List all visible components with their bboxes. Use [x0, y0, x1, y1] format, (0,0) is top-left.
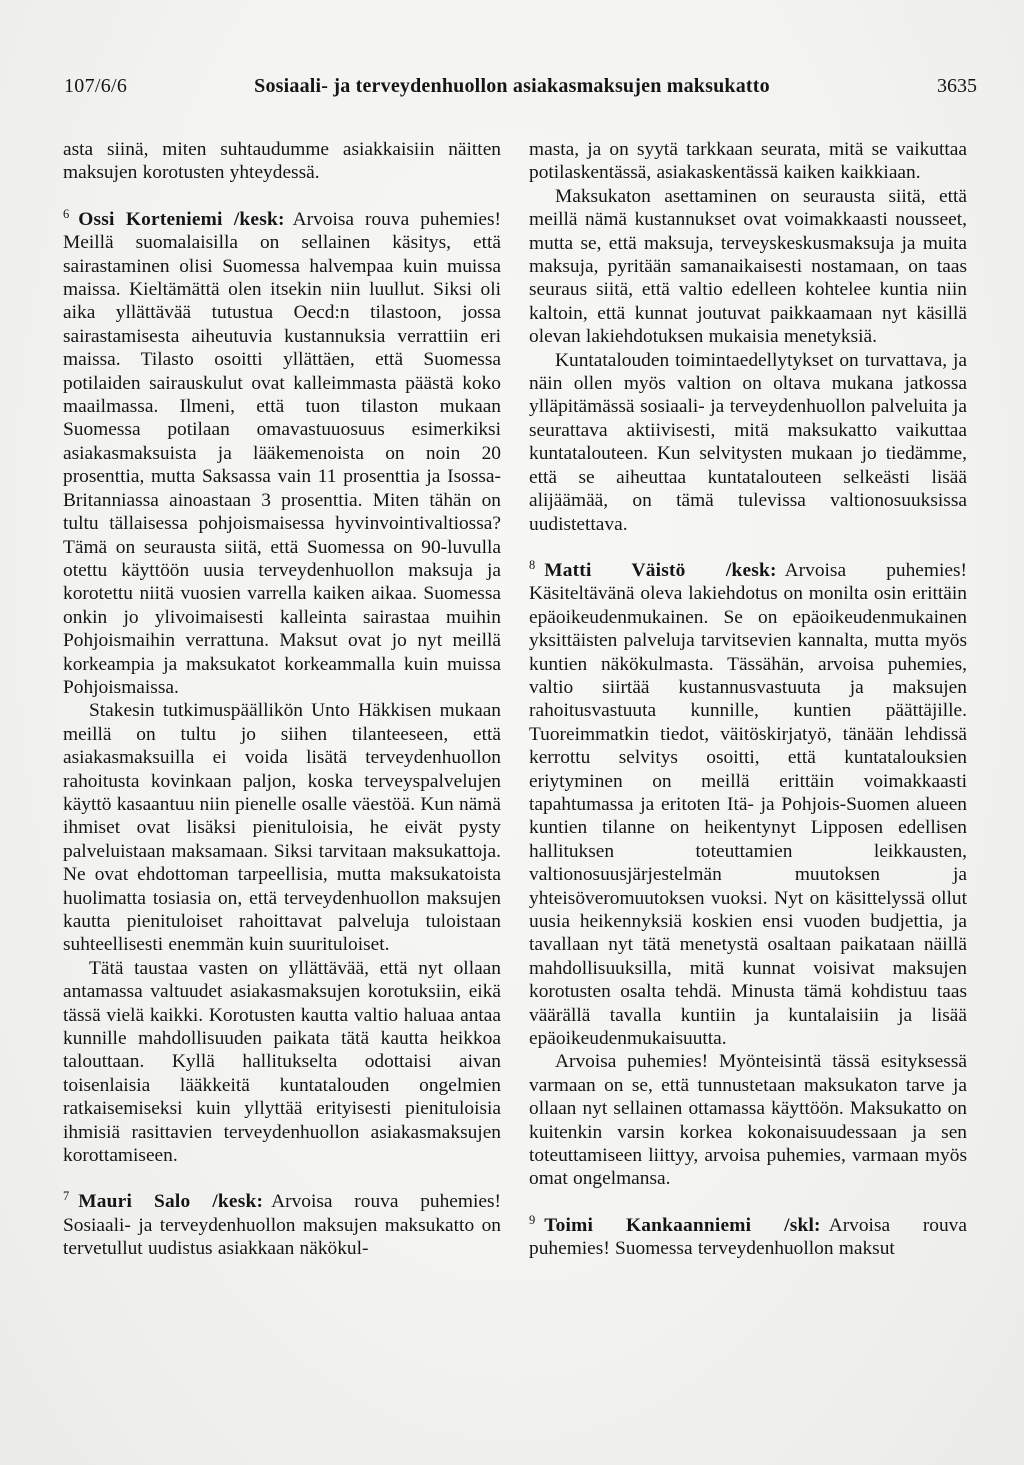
speech-paragraph: 7Mauri Salo /kesk:Arvoisa rouva puhemies… — [63, 1190, 501, 1260]
paragraph: asta siinä, miten suhtaudumme asiakkaisi… — [63, 138, 501, 185]
page-header: 107/6/6 Sosiaali- ja terveydenhuollon as… — [0, 74, 1024, 100]
paragraph: Kuntatalouden toimintaedellytykset on tu… — [529, 349, 967, 536]
speech-number: 9 — [529, 1213, 535, 1227]
scanned-document-page: 107/6/6 Sosiaali- ja terveydenhuollon as… — [0, 0, 1024, 1465]
speech-text: Arvoisa puhemies! Käsiteltävänä oleva la… — [529, 560, 967, 1049]
paragraph: masta, ja on syytä tarkkaan seurata, mit… — [529, 138, 967, 185]
right-column: masta, ja on syytä tarkkaan seurata, mit… — [529, 138, 967, 1261]
speaker-name: Ossi Korteniemi /kesk: — [78, 209, 284, 230]
paragraph: Tätä taustaa vasten on yllättävää, että … — [63, 957, 501, 1168]
paragraph: Arvoisa puhemies! Myönteisintä tässä esi… — [529, 1050, 967, 1190]
paragraph: Stakesin tutkimuspäällikön Unto Häkkisen… — [63, 699, 501, 956]
page-title: Sosiaali- ja terveydenhuollon asiakasmak… — [0, 74, 1024, 98]
speech-number: 7 — [63, 1189, 69, 1203]
speaker-name: Matti Väistö /kesk: — [544, 560, 776, 581]
page-number: 3635 — [937, 74, 977, 98]
left-column: asta siinä, miten suhtaudumme asiakkaisi… — [63, 138, 501, 1261]
text-columns: asta siinä, miten suhtaudumme asiakkaisi… — [63, 138, 967, 1261]
speaker-name: Mauri Salo /kesk: — [78, 1191, 263, 1212]
speaker-name: Toimi Kankaanniemi /skl: — [544, 1215, 820, 1236]
speech-number: 6 — [63, 207, 69, 221]
speech-paragraph: 9Toimi Kankaanniemi /skl:Arvoisa rouva p… — [529, 1214, 967, 1261]
paragraph: Maksukaton asettaminen on seurausta siit… — [529, 185, 967, 349]
speech-number: 8 — [529, 558, 535, 572]
speech-text: Arvoisa rouva puhemies! Meillä suomalais… — [63, 209, 501, 698]
speech-paragraph: 8Matti Väistö /kesk:Arvoisa puhemies! Kä… — [529, 559, 967, 1051]
speech-paragraph: 6Ossi Korteniemi /kesk:Arvoisa rouva puh… — [63, 208, 501, 700]
